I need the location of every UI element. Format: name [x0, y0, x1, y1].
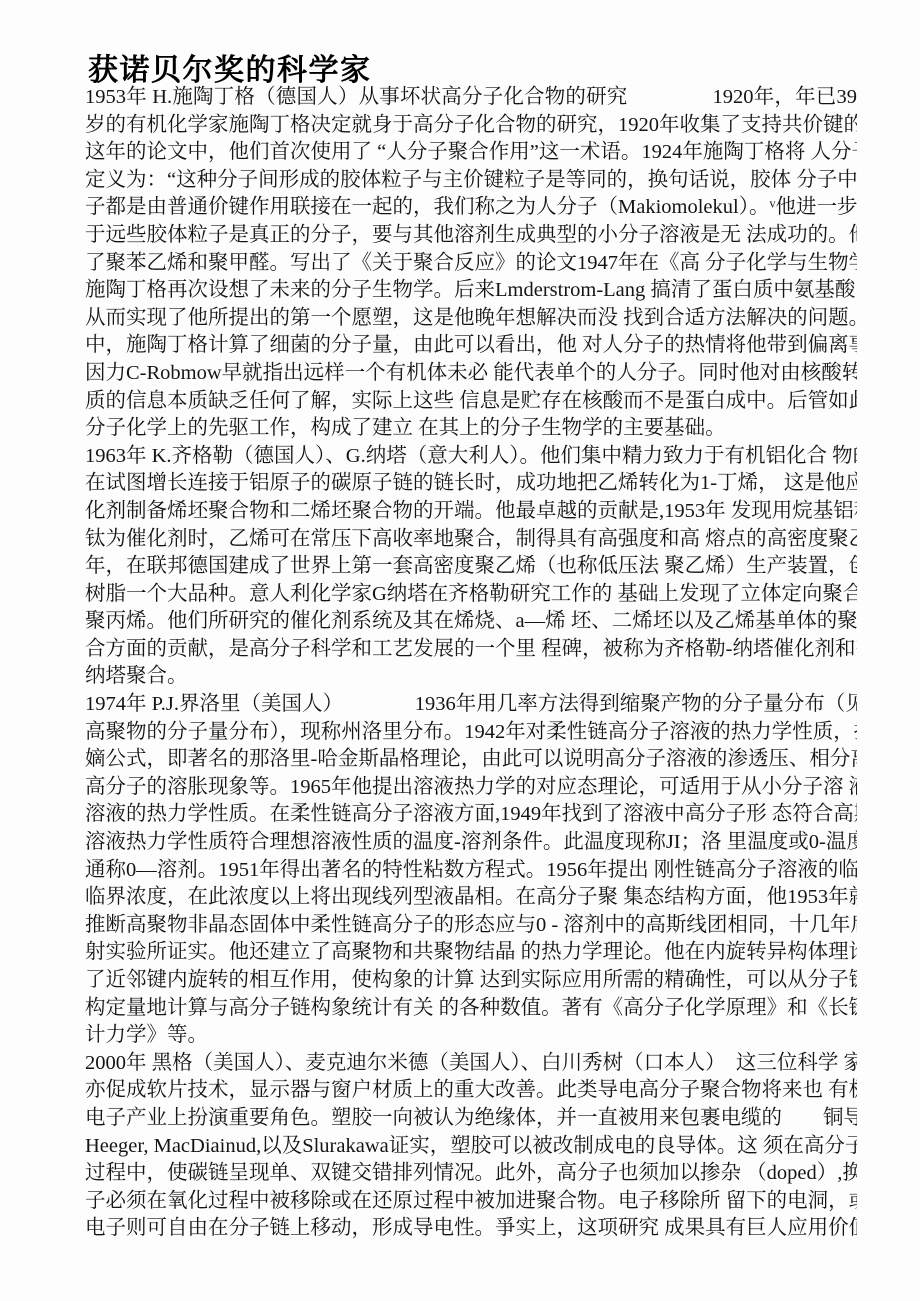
text-line: 合方面的贡献，是高分子科学和工艺发展的一个里 程碑，被称为齐格勒-纳塔催化剂和齐…: [85, 636, 857, 664]
text-line: 树脂一个大品种。意人利化学家G纳塔在齐格勒研究工作的 基础上发现了立体定向聚合，…: [85, 581, 857, 609]
text-line: 1963年 K.齐格勒（德国人）、G.纳塔（意大利人）。他们集中精力致力于有机铝…: [85, 443, 857, 471]
paragraph-2000: 2000年 黑格（美国人）、麦克迪尔米德（美国人）、白川秀树（口本人） 这三位科…: [85, 1050, 857, 1243]
text-line: 聚丙烯。他们所研究的催化剂系统及其在烯烧、a—烯 坯、二烯坯以及乙烯基单体的聚合…: [85, 608, 857, 636]
text-line: 岁的有机化学家施陶丁格决定就身于高分子化合物的研究，1920年收集了支持共价键的…: [85, 112, 857, 140]
text-line: 亦促成软片技术，显示器与窗户材质上的重大改善。此类导电高分子聚合物将来也 有极人…: [85, 1077, 857, 1105]
text-line: 因力C-Robmow早就指出远样一个有机体未必 能代表单个的人分子。同时他对由核…: [85, 360, 857, 388]
text-line: 施陶丁格再次设想了未来的分子生物学。后来Lmderstrom-Lang 搞清了蛋…: [85, 277, 857, 305]
text-line: 1953年 H.施陶丁格（德国人）从事坏状高分子化合物的研究 1920年，年已3…: [85, 84, 857, 112]
text-line: 推断高聚物非晶态固体中柔性链高分子的形态应与0 - 溶剂中的高斯线团相同，十几年…: [85, 912, 857, 940]
document-body: 1953年 H.施陶丁格（德国人）从事坏状高分子化合物的研究 1920年，年已3…: [85, 84, 857, 1243]
paragraph-1974: 1974年 P.J.界洛里（美国人） 1936年用几率方法得到缩聚产物的分子量分…: [85, 691, 857, 1050]
document-page: 获诺贝尔奖的科学家 1953年 H.施陶丁格（德国人）从事坏状高分子化合物的研究…: [0, 0, 920, 1301]
text-line: 了近邻键内旋转的相互作用，使构象的计算 达到实际应用所需的精确性，可以从分子链的…: [85, 967, 857, 995]
text-line: 1974年 P.J.界洛里（美国人） 1936年用几率方法得到缩聚产物的分子量分…: [85, 691, 857, 719]
text-line: 年，在联邦德国建成了世界上第一套高密度聚乙烯（也称低压法 聚乙烯）生产装置，创建…: [85, 553, 857, 581]
text-line: 计力学》等。: [85, 1022, 857, 1050]
text-line: 电子则可自由在分子链上移动，形成导电性。爭实上，这项研究 成果具有巨人应用价值。…: [85, 1215, 857, 1243]
text-line: 钛为催化剂时，乙烯可在常压下高收率地聚合，制得具有高强度和高 熔点的高密度聚乙烯…: [85, 526, 857, 554]
text-line: 在试图增长连接于铝原子的碳原子链的链长时，成功地把乙烯转化为1-丁烯， 这是他应…: [85, 470, 857, 498]
text-line: 于远些胶体粒子是真正的分子，要与其他溶剂生成典型的小分子溶液是无 法成功的。他接…: [85, 222, 857, 250]
text-line: 2000年 黑格（美国人）、麦克迪尔米德（美国人）、白川秀树（口本人） 这三位科…: [85, 1050, 857, 1078]
text-line: 化剂制备烯坯聚合物和二烯坯聚合物的开端。他最卓越的贡献是,1953年 发现用烷基…: [85, 498, 857, 526]
text-line: 高分子的溶胀现象等。1965年他提出溶液热力学的对应态理论，可适用于从小分子溶 …: [85, 774, 857, 802]
page-title: 获诺贝尔奖的科学家: [88, 54, 372, 88]
text-line: 过程中，使碳链呈现单、双键交错排列情况。此外，高分子也须加以掺杂 （doped）…: [85, 1160, 857, 1188]
text-line: 构定量地计算与高分子链构象统计有关 的各种数值。著有《高分子化学原理》和《长链分…: [85, 995, 857, 1023]
text-line: 临界浓度，在此浓度以上将出现线列型液晶相。在高分子聚 集态结构方面，他1953年…: [85, 884, 857, 912]
text-line: Heeger, MacDiainud,以及Slurakawa证实，塑胶可以被改制…: [85, 1133, 857, 1161]
text-line: 嫡公式，即著名的那洛里-哈金斯晶格理论，由此可以说明高分子溶液的渗透压、相分离 …: [85, 746, 857, 774]
text-line: 分子化学上的先驱工作，构成了建立 在其上的分子生物学的主要基础。: [85, 415, 857, 443]
text-line: 这年的论文中，他们首次使用了 “人分子聚合作用”这一术语。1924年施陶丁格将 …: [85, 139, 857, 167]
text-line: 纳塔聚合。: [85, 663, 857, 691]
text-line: 了聚苯乙烯和聚甲醛。写出了《关于聚合反应》的论文1947年在《高 分子化学与生物…: [85, 250, 857, 278]
text-line: 射实验所证实。他还建立了高聚物和共聚物结晶 的热力学理论。他在内旋转异构体理论方…: [85, 939, 857, 967]
paragraph-1953: 1953年 H.施陶丁格（德国人）从事坏状高分子化合物的研究 1920年，年已3…: [85, 84, 857, 443]
paragraph-1963: 1963年 K.齐格勒（德国人）、G.纳塔（意大利人）。他们集中精力致力于有机铝…: [85, 443, 857, 691]
text-line: 子都是由普通价键作用联接在一起的，我们称之为人分子（Makiomolekul）。…: [85, 194, 857, 222]
text-line: 子必须在氧化过程中被移除或在还原过程中被加进聚合物。电子移除所 留下的电洞，或新…: [85, 1188, 857, 1216]
text-line: 通称0—溶剂。1951年得出著名的特性粘数方程式。1956年提出 刚性链高分子溶…: [85, 857, 857, 885]
text-line: 定义为：“这种分子间形成的胶体粒子与主价键粒子是等同的，换句话说，胶体 分子中的…: [85, 167, 857, 195]
text-line: 从而实现了他所提出的第一个愿塑，这是他晚年想解决而没 找到合适方法解决的问题。在…: [85, 305, 857, 333]
text-line: 高聚物的分子量分布），现称州洛里分布。1942年对柔性链高分子溶液的热力学性质，…: [85, 719, 857, 747]
text-line: 溶液热力学性质符合理想溶液性质的温度-溶剂条件。此温度现称JI；洛 里温度或0-…: [85, 829, 857, 857]
text-line: 中，施陶丁格计算了细菌的分子量，由此可以看出，他 对人分子的热情将他带到偏离事实…: [85, 332, 857, 360]
text-line: 电子产业上扮演重要角色。塑胶一向被认为绝缘体，并一直被用来包裹电缆的 铜导线。但: [85, 1105, 857, 1133]
text-line: 质的信息本质缺乏任何了解，实际上这些 信息是贮存在核酸而不是蛋白成中。后管如此，…: [85, 388, 857, 416]
text-line: 溶液的热力学性质。在柔性链高分子溶液方面,1949年找到了溶液中高分子形 态符合…: [85, 801, 857, 829]
